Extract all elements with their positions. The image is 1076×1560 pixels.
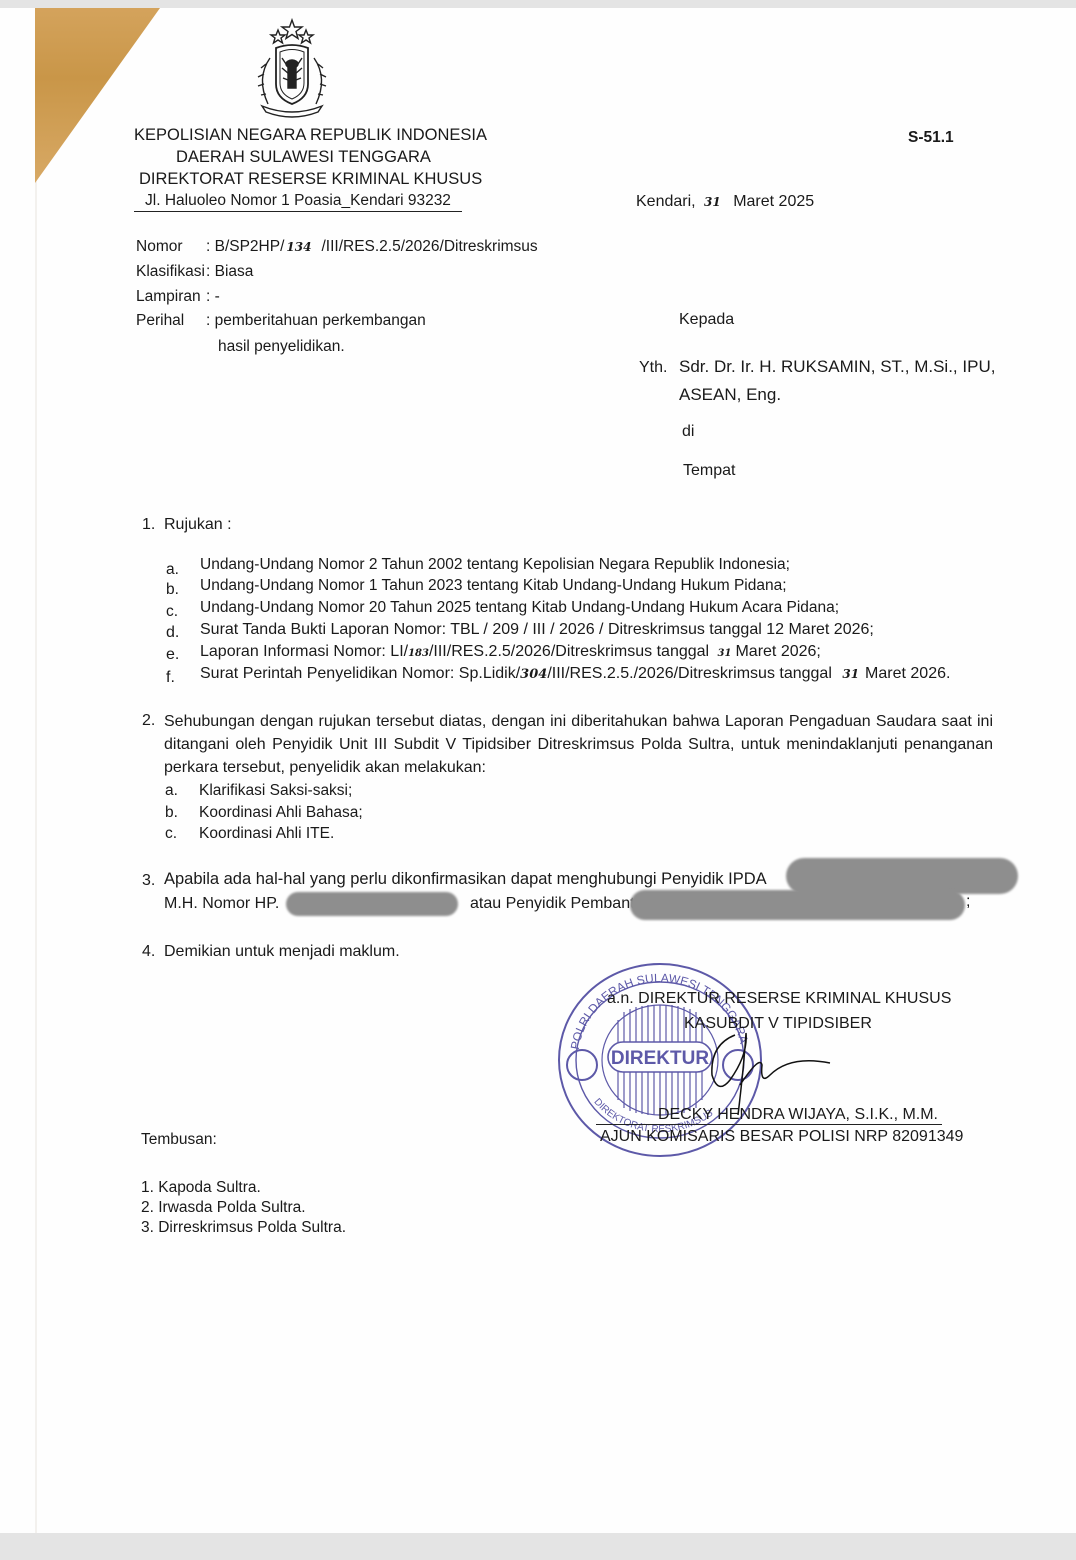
- redaction-mark: [630, 890, 965, 920]
- nomor-label: Nomor: [136, 238, 183, 256]
- handwritten-nomor: 134: [286, 240, 311, 254]
- action-b-letter: b.: [165, 804, 178, 822]
- handwritten-day: 31: [718, 648, 732, 659]
- signer-name: DECKY HENDRA WIJAYA, S.I.K., M.M.: [596, 1106, 942, 1125]
- action-a-text: Klarifikasi Saksi-saksi;: [199, 782, 352, 800]
- redaction-mark: [286, 892, 458, 916]
- place: Kendari,: [636, 193, 696, 210]
- letterhead-line1: KEPOLISIAN NEGARA REPUBLIK INDONESIA: [134, 126, 487, 145]
- action-c-text: Koordinasi Ahli ITE.: [199, 825, 334, 843]
- tembusan-item: 2. Irwasda Polda Sultra.: [141, 1199, 306, 1217]
- klasifikasi-value: : Biasa: [206, 263, 253, 281]
- action-a-letter: a.: [165, 782, 178, 800]
- ref-b-text: Undang-Undang Nomor 1 Tahun 2023 tentang…: [200, 577, 787, 595]
- section-4-num: 4.: [142, 943, 155, 961]
- letterhead-line2: DAERAH SULAWESI TENGGARA: [176, 148, 431, 167]
- recipient-name-2: ASEAN, Eng.: [679, 385, 781, 405]
- handwritten-sprint-number: 304: [520, 667, 547, 682]
- section-3-line2-end: ;: [966, 893, 970, 911]
- place-date: Kendari, 31 Maret 2025: [636, 193, 814, 211]
- signer-rank: AJUN KOMISARIS BESAR POLISI NRP 82091349: [600, 1128, 963, 1146]
- page-edge: [35, 8, 37, 1533]
- svg-text:DIREKTUR: DIREKTUR: [611, 1048, 709, 1069]
- ref-f-text: Surat Perintah Penyelidikan Nomor: Sp.Li…: [200, 665, 950, 683]
- ref-b-letter: b.: [166, 581, 179, 599]
- ref-c-text: Undang-Undang Nomor 20 Tahun 2025 tentan…: [200, 599, 839, 617]
- ref-d-letter: d.: [166, 624, 179, 642]
- tembusan-label: Tembusan:: [141, 1131, 217, 1149]
- section-3-num: 3.: [142, 872, 155, 890]
- lampiran-label: Lampiran: [136, 288, 201, 306]
- polri-emblem-icon: [246, 18, 338, 122]
- section-3-line1: Apabila ada hal-hal yang perlu dikonfirm…: [164, 870, 767, 889]
- handwritten-li-number: 183: [408, 648, 429, 659]
- tembusan-item: 1. Kapoda Sultra.: [141, 1179, 261, 1197]
- letterhead-line3: DIREKTORAT RESERSE KRIMINAL KHUSUS: [139, 170, 482, 189]
- ref-a-letter: a.: [166, 561, 179, 579]
- ref-c-letter: c.: [166, 603, 178, 621]
- kepada: Kepada: [679, 311, 734, 329]
- lampiran-value: : -: [206, 288, 220, 306]
- action-c-letter: c.: [165, 825, 177, 843]
- redaction-mark: [786, 858, 1018, 894]
- section-1-title: Rujukan :: [164, 516, 232, 534]
- letterhead-address: Jl. Haluoleo Nomor 1 Poasia_Kendari 9323…: [134, 192, 462, 212]
- section-3-line2-start: M.H. Nomor HP.: [164, 895, 279, 913]
- handwritten-day: 31: [704, 195, 721, 209]
- ref-f-letter: f.: [166, 669, 175, 687]
- handwritten-signature-icon: [700, 1015, 850, 1120]
- section-2-num: 2.: [142, 712, 155, 730]
- ref-e-letter: e.: [166, 646, 179, 664]
- section-2-text: Sehubungan dengan rujukan tersebut diata…: [164, 710, 993, 779]
- form-code: S-51.1: [908, 129, 954, 147]
- yth: Yth.: [639, 359, 667, 377]
- ref-d-text: Surat Tanda Bukti Laporan Nomor: TBL / 2…: [200, 621, 874, 639]
- section-1-num: 1.: [142, 516, 155, 534]
- handwritten-day: 31: [842, 667, 859, 681]
- section-4-text: Demikian untuk menjadi maklum.: [164, 943, 400, 961]
- di: di: [682, 423, 694, 441]
- signature-on-behalf: a.n. DIREKTUR RESERSE KRIMINAL KHUSUS: [607, 990, 951, 1008]
- klasifikasi-label: Klasifikasi: [136, 263, 205, 281]
- tempat: Tempat: [683, 462, 735, 480]
- action-b-text: Koordinasi Ahli Bahasa;: [199, 804, 363, 822]
- perihal-value-1: : pemberitahuan perkembangan: [206, 312, 426, 330]
- ref-a-text: Undang-Undang Nomor 2 Tahun 2002 tentang…: [200, 556, 790, 574]
- recipient-name-1: Sdr. Dr. Ir. H. RUKSAMIN, ST., M.Si., IP…: [679, 357, 995, 377]
- perihal-label: Perihal: [136, 312, 184, 330]
- perihal-value-2: hasil penyelidikan.: [218, 338, 345, 356]
- nomor-value: : B/SP2HP/134/III/RES.2.5/2026/Ditreskri…: [206, 238, 538, 256]
- month-year: Maret 2025: [733, 193, 814, 210]
- ref-e-text: Laporan Informasi Nomor: LI/183/III/RES.…: [200, 643, 821, 661]
- tembusan-item: 3. Dirreskrimsus Polda Sultra.: [141, 1219, 346, 1237]
